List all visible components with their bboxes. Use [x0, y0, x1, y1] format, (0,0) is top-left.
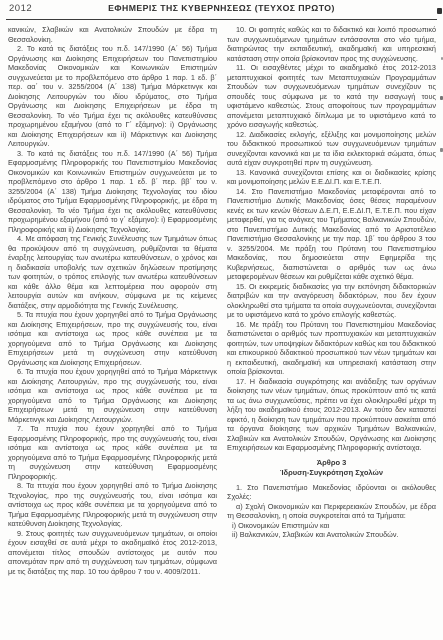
left-paragraph-9: 9. Στους φοιτητές των συγχωνευόμενων τμη… [8, 529, 217, 577]
right-paragraph-17: 17. Η διαδικασία συγκρότησης και ανάδειξ… [227, 377, 436, 453]
right-paragraph-11: 11. Οι εισαχθέντες μέχρι το ακαδημαϊκό έ… [227, 63, 436, 130]
article-3-item-ii: ii) Βαλκανικών, Σλαβικών και Ανατολικών … [227, 530, 436, 540]
gazette-title: ΕΦΗΜΕΡΙΣ ΤΗΣ ΚΥΒΕΡΝΗΣΕΩΣ (ΤΕΥΧΟΣ ΠΡΩΤΟ) [0, 3, 443, 13]
gazette-page: 2012 ΕΦΗΜΕΡΙΣ ΤΗΣ ΚΥΒΕΡΝΗΣΕΩΣ (ΤΕΥΧΟΣ ΠΡ… [0, 0, 443, 640]
document-body: κανικών, Σλαβικών και Ανατολικών Σπουδών… [0, 20, 443, 576]
article-3-heading: Άρθρο 3 Ίδρυση-Συγκρότηση Σχολών [227, 458, 436, 478]
article-3-item-i: i) Οικονομικών Επιστημών και [227, 521, 436, 531]
left-paragraph-5: 5. Τα πτυχία που έχουν χορηγηθεί από το … [8, 310, 217, 367]
left-paragraph-8: 8. Τα πτυχία που έχουν χορηγηθεί από το … [8, 481, 217, 529]
article-3-paragraph-1: 1. Στο Πανεπιστήμιο Μακεδονίας ιδρύονται… [227, 483, 436, 502]
right-paragraph-16: 16. Με πράξη του Πρύτανη του Πανεπιστημί… [227, 320, 436, 377]
left-paragraph-4: 4. Με απόφαση της Γενικής Συνέλευσης των… [8, 234, 217, 310]
left-paragraph-1-continuation: κανικών, Σλαβικών και Ανατολικών Σπουδών… [8, 25, 217, 44]
right-paragraph-12: 12. Διαδικασίες εκλογής, εξέλιξης και μο… [227, 130, 436, 168]
left-column: κανικών, Σλαβικών και Ανατολικών Σπουδών… [8, 25, 217, 576]
right-column: 10. Οι φοιτητές καθώς και το διδακτικό κ… [227, 25, 436, 576]
right-paragraph-10: 10. Οι φοιτητές καθώς και το διδακτικό κ… [227, 25, 436, 63]
left-paragraph-6: 6. Τα πτυχία που έχουν χορηγηθεί από το … [8, 367, 217, 424]
right-paragraph-14: 14. Στο Πανεπιστήμιο Μακεδονίας μεταφέρο… [227, 187, 436, 282]
article-3-item-a: α) Σχολή Οικονομικών και Περιφερειακών Σ… [227, 502, 436, 521]
scan-artifact [437, 8, 442, 14]
article-3-number: Άρθρο 3 [227, 458, 436, 468]
left-paragraph-3: 3. Το κατά τις διατάξεις του π.δ. 147/19… [8, 149, 217, 235]
right-paragraph-15: 15. Οι εκκρεμείς διαδικασίες για την εκπ… [227, 282, 436, 320]
left-paragraph-7: 7. Τα πτυχία που έχουν χορηγηθεί από το … [8, 424, 217, 481]
left-paragraph-2: 2. Το κατά τις διατάξεις του π.δ. 147/19… [8, 44, 217, 149]
article-3-title: Ίδρυση-Συγκρότηση Σχολών [227, 468, 436, 478]
page-number: 2012 [9, 3, 32, 14]
page-header: 2012 ΕΦΗΜΕΡΙΣ ΤΗΣ ΚΥΒΕΡΝΗΣΕΩΣ (ΤΕΥΧΟΣ ΠΡ… [0, 0, 443, 18]
right-paragraph-13: 13. Κανονικά συνεχίζονται επίσης και οι … [227, 168, 436, 187]
